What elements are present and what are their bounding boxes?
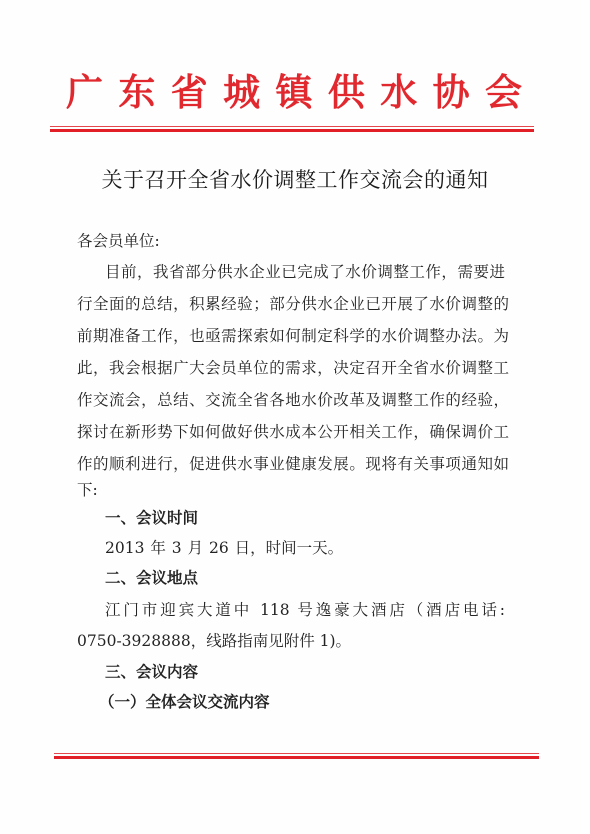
paragraph-line: 目前，我省部分供水企业已完成了水价调整工作，需要进 bbox=[105, 262, 505, 282]
section-heading-time: 一、会议时间 bbox=[105, 508, 537, 528]
section-heading-location: 二、会议地点 bbox=[105, 568, 537, 588]
paragraph-line: 下: bbox=[77, 480, 509, 500]
rule-thin-line bbox=[50, 126, 534, 127]
paragraph-line: 探讨在新形势下如何做好供水成本公开相关工作，确保调价工 bbox=[77, 422, 509, 442]
salutation: 各会员单位: bbox=[77, 231, 509, 251]
paragraph-line: 作交流会，总结、交流全省各地水价改革及调整工作的经验， bbox=[77, 390, 509, 410]
rule-thick-line bbox=[54, 756, 539, 759]
rule-thick-line bbox=[50, 129, 534, 132]
document-title: 关于召开全省水价调整工作交流会的通知 bbox=[0, 166, 590, 194]
paragraph-line: 此，我会根据广大会员单位的需求，决定召开全省水价调整工 bbox=[77, 358, 509, 378]
rule-thin-line bbox=[54, 753, 539, 754]
document-page: 广 东 省 城 镇 供 水 协 会 关于召开全省水价调整工作交流会的通知 各会员… bbox=[0, 0, 590, 834]
paragraph-line: 作的顺利进行，促进供水事业健康发展。现将有关事项通知如 bbox=[77, 454, 509, 474]
footer-red-rule bbox=[54, 753, 539, 759]
letterhead-char: 镇 bbox=[276, 70, 313, 114]
paragraph-line: 行全面的总结，积累经验；部分供水企业已开展了水价调整的 bbox=[77, 294, 509, 314]
section-time-text: 2013 年 3 月 26 日，时间一天。 bbox=[105, 538, 537, 558]
letterhead-char: 广 bbox=[66, 70, 103, 114]
paragraph-line: 前期准备工作，也亟需探索如何制定科学的水价调整办法。为 bbox=[77, 326, 509, 346]
letterhead-char: 供 bbox=[328, 70, 365, 114]
section-heading-content: 三、会议内容 bbox=[105, 662, 537, 682]
letterhead-char: 协 bbox=[433, 70, 470, 114]
letterhead-char: 会 bbox=[485, 70, 522, 114]
letterhead-char: 省 bbox=[171, 70, 208, 114]
letterhead-char: 城 bbox=[223, 70, 260, 114]
section-location-text: 江门市迎宾大道中 118 号逸豪大酒店（酒店电话: bbox=[105, 600, 505, 620]
letterhead-organization-name: 广 东 省 城 镇 供 水 协 会 bbox=[66, 70, 522, 114]
letterhead-char: 东 bbox=[118, 70, 155, 114]
subsection-heading: （一）全体会议交流内容 bbox=[99, 692, 531, 712]
letterhead-char: 水 bbox=[380, 70, 417, 114]
section-location-text: 0750-3928888，线路指南见附件 1)。 bbox=[77, 631, 509, 651]
letterhead-red-rule-top bbox=[50, 126, 534, 132]
